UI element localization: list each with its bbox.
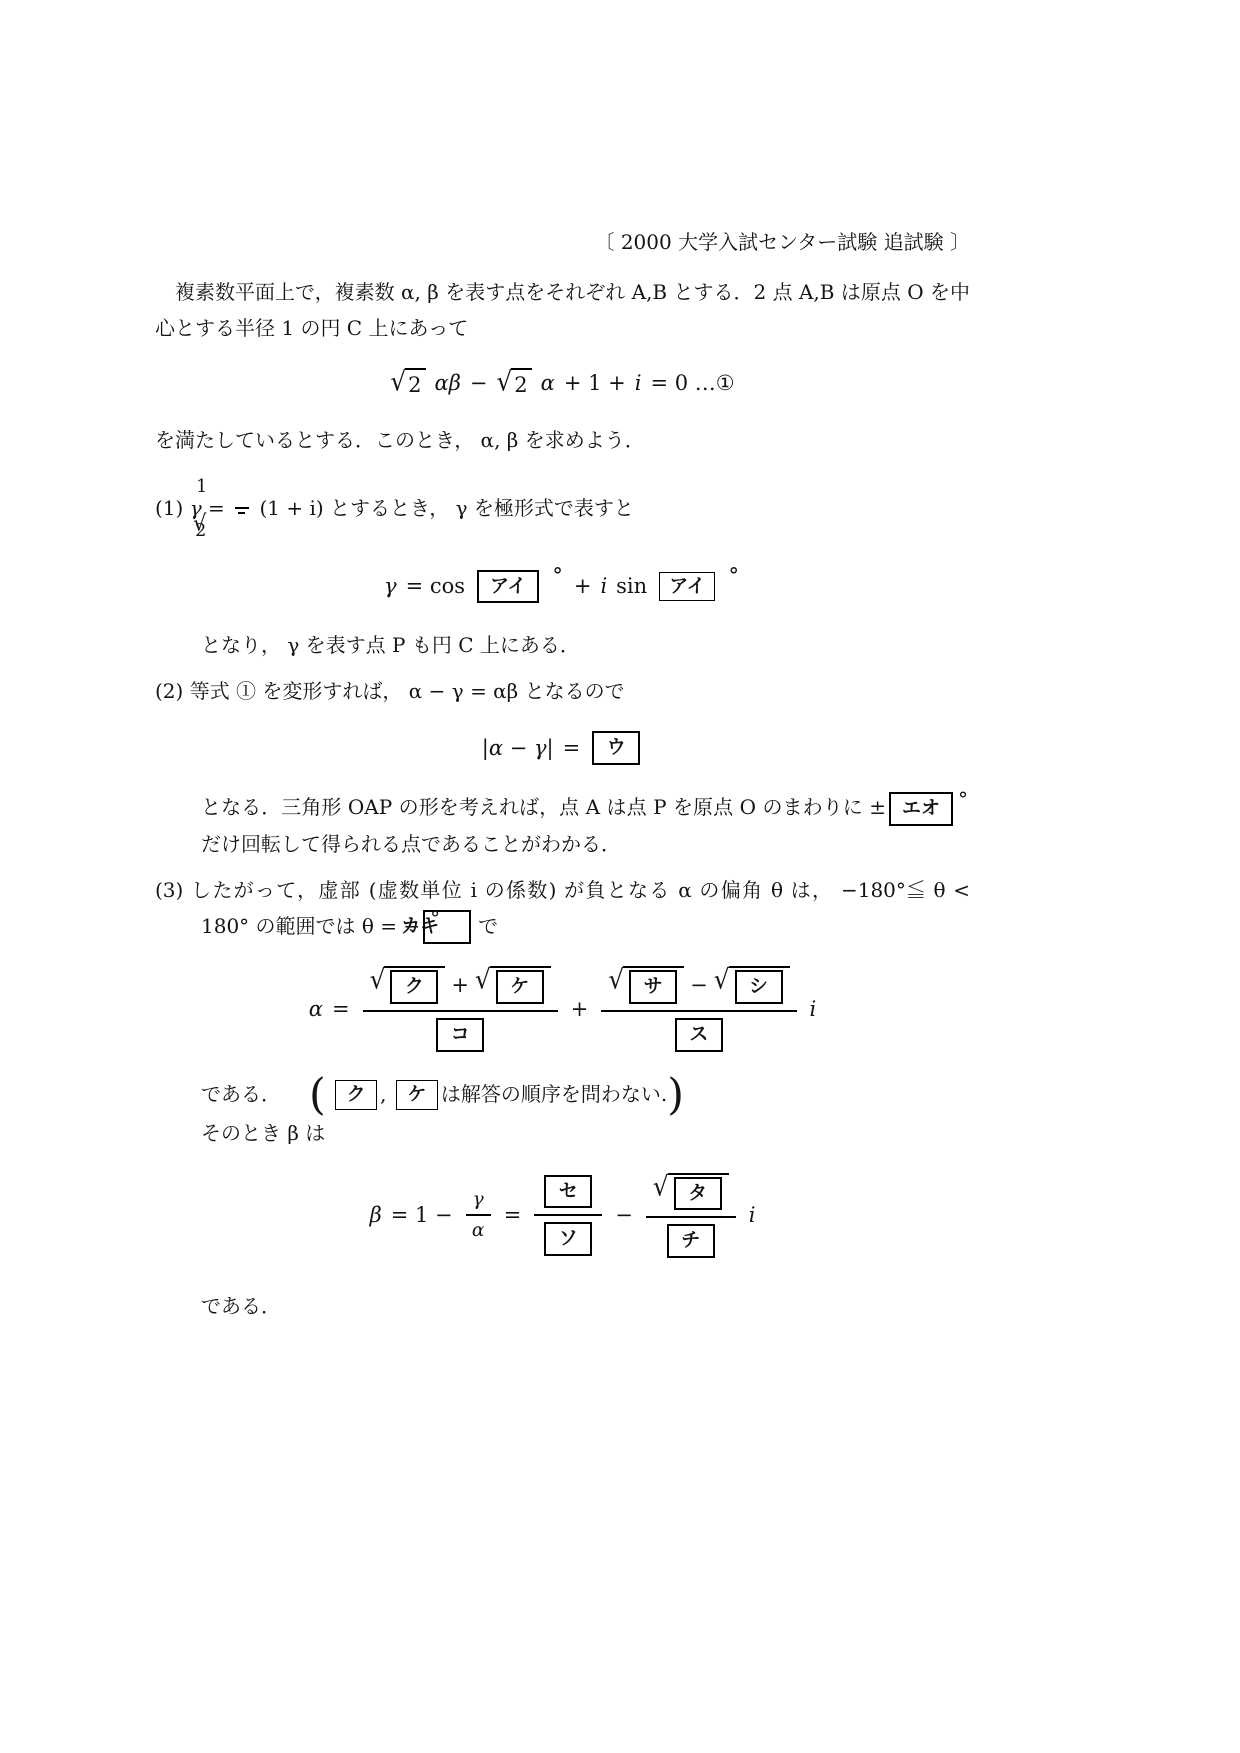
item-2-conclusion: となる．三角形 OAP の形を考えれば，点 A は点 P を原点 O のまわりに…	[155, 789, 970, 861]
sqrt-2: 2	[496, 368, 531, 398]
beta: β	[370, 1202, 382, 1228]
plus-sign: +	[571, 996, 589, 1022]
answer-box-shi: シ	[735, 970, 783, 1004]
degree-sign: °	[552, 563, 563, 589]
fraction-se-so: セ ソ	[534, 1175, 602, 1257]
equals-zero-label: = 0 …①	[650, 370, 734, 396]
item-2: (2) 等式 ① を変形すれば， α − γ = αβ となるので	[155, 673, 970, 709]
minus-sign: −	[690, 972, 708, 998]
answer-box-u: ウ	[592, 731, 640, 765]
final-line: である．	[155, 1288, 970, 1324]
plus-one-plus: + 1 +	[564, 370, 626, 396]
plus-sign: +	[451, 972, 469, 998]
item-1-conclusion: となり， γ を表す点 P も円 C 上にある．	[155, 627, 970, 663]
exam-page: 〔 2000 大学入試センター試験 追試験 〕 複素数平面上で，複素数 α, β…	[0, 0, 1240, 1324]
equals-sign: =	[563, 735, 581, 761]
abs-alpha-minus-gamma: |α − γ|	[482, 735, 554, 761]
alpha: α	[309, 996, 323, 1022]
sqrt-box: タ	[653, 1173, 729, 1211]
answer-box-ke-ref: ケ	[396, 1080, 438, 1110]
equals-sign: =	[332, 996, 350, 1022]
answer-box-chi: チ	[667, 1224, 715, 1258]
answer-box-ku: ク	[390, 970, 438, 1004]
beta-intro: そのとき β は	[155, 1115, 970, 1151]
plus-sign: +	[574, 573, 592, 599]
sin-function: sin	[616, 573, 647, 599]
item-1-text: (1 + i) とするとき， γ を極形式で表すと	[260, 496, 634, 520]
minus-sign: −	[615, 1202, 633, 1228]
equation-alpha: α = ク + ケ コ + サ − シ ス i	[155, 966, 970, 1052]
sqrt-box: ク	[370, 966, 446, 1004]
sqrt-2: 2	[239, 512, 245, 548]
answer-box-sa: サ	[629, 970, 677, 1004]
fraction-1-over-sqrt2: 1 2	[235, 472, 249, 547]
problem-statement: 複素数平面上で，複素数 α, β を表す点をそれぞれ A,B とする．2 点 A…	[155, 274, 970, 346]
alpha-beta: αβ	[435, 370, 461, 396]
item-2-text: 等式 ① を変形すれば， α − γ = αβ となるので	[190, 679, 625, 703]
item-3-label: (3)	[155, 878, 183, 902]
fraction-gamma-over-alpha: γ α	[466, 1188, 491, 1242]
equation-gamma-polar: γ = cos アイ ° + i sin アイ °	[155, 570, 970, 604]
equals-cos: = cos	[406, 573, 465, 599]
answer-box-ta: タ	[674, 1177, 722, 1211]
gamma: γ	[384, 573, 397, 599]
sqrt-box: ケ	[475, 966, 551, 1004]
fraction-right: サ − シ ス	[601, 966, 796, 1052]
item-1-label: (1)	[155, 496, 183, 520]
sqrt-box: シ	[714, 966, 790, 1004]
fraction-left: ク + ケ コ	[363, 966, 558, 1052]
sqrt-2: 2	[390, 368, 425, 398]
item-3: (3) したがって，虚部 (虚数単位 i の係数) が負となる α の偏角 θ …	[155, 872, 970, 944]
equation-abs: |α − γ| = ウ	[155, 731, 970, 765]
equation-1: 2αβ − 2α + 1 + i = 0 …①	[155, 368, 970, 398]
alpha: α	[541, 370, 555, 396]
item-3-text: したがって，虚部 (虚数単位 i の係数) が負となる α の偏角 θ は， −…	[191, 878, 970, 938]
minus-sign: −	[470, 370, 488, 396]
answer-box-so: ソ	[544, 1222, 592, 1256]
answer-box-ai-1: アイ	[477, 570, 539, 604]
right-paren: )	[667, 1070, 684, 1120]
answer-box-ai-2: アイ	[659, 572, 715, 602]
left-paren: (	[309, 1070, 326, 1120]
imaginary-i: i	[810, 996, 817, 1022]
answer-box-su: ス	[675, 1018, 723, 1052]
sqrt-box: サ	[608, 966, 684, 1004]
imaginary-i: i	[635, 370, 642, 396]
equals-sign: =	[504, 1202, 522, 1228]
answer-box-ke: ケ	[496, 970, 544, 1004]
equals-one-minus: = 1 −	[391, 1202, 453, 1228]
equation-beta: β = 1 − γ α = セ ソ − タ チ i	[155, 1173, 970, 1259]
degree-sign: °	[958, 781, 968, 817]
after-equation-1: を満たしているとする．このとき， α, β を求めよう．	[155, 422, 970, 458]
imaginary-i: i	[600, 573, 607, 599]
exam-source-header: 〔 2000 大学入試センター試験 追試験 〕	[155, 224, 970, 260]
answer-box-ko: コ	[436, 1018, 484, 1052]
note-line: である．( ク, ケは解答の順序を問わない.)	[155, 1076, 970, 1115]
degree-sign: °	[728, 563, 739, 589]
answer-box-eo: エオ	[889, 792, 953, 826]
answer-box-ku-ref: ク	[335, 1080, 377, 1110]
item-2-label: (2)	[155, 679, 183, 703]
answer-box-se: セ	[544, 1175, 592, 1209]
fraction-ta-chi: タ チ	[646, 1173, 736, 1259]
imaginary-i: i	[749, 1202, 756, 1228]
item-1: (1) γ = 1 2 (1 + i) とするとき， γ を極形式で表すと	[155, 472, 970, 547]
